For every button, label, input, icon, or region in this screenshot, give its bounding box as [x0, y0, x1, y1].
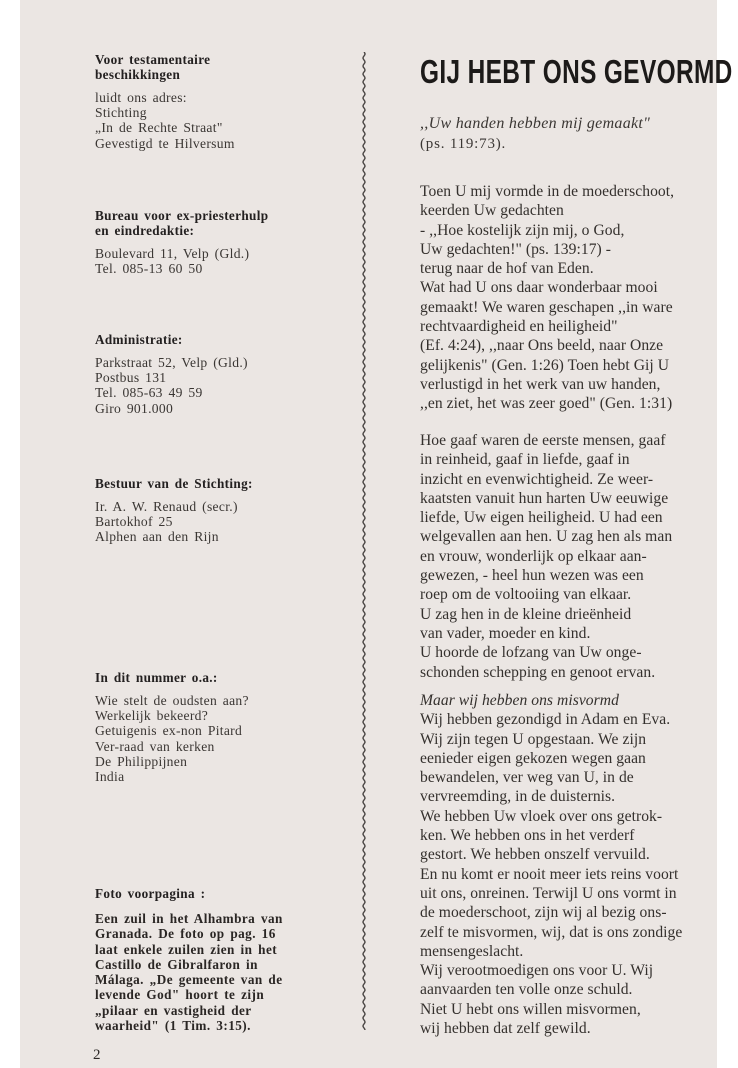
section-testament: Voor testamentaire beschikkingen luidt o… — [95, 52, 357, 151]
text-line: Wij verootmoedigen ons voor U. Wij — [420, 961, 682, 980]
epigraph-quote: ,,Uw handen hebben mij gemaakt" — [420, 114, 650, 134]
text-line: aanvaarden ten volle onze schuld. — [420, 980, 682, 999]
text-line: terug naar de hof van Eden. — [420, 259, 674, 278]
text-line: wij hebben dat zelf gewild. — [420, 1019, 682, 1038]
paragraph-1: Toen U mij vormde in de moederschoot,kee… — [420, 182, 674, 414]
text-line: uit ons, onreinen. Terwijl U ons vormt i… — [420, 884, 682, 903]
text-line: rechtvaardigheid en heiligheid" — [420, 317, 674, 336]
text-line: (Ef. 4:24), ,,naar Ons beeld, naar Onze — [420, 336, 674, 355]
text-line: liefde, Uw eigen heiligheid. U had een — [420, 508, 672, 527]
paragraph-3: Maar wij hebben ons misvormdWij hebben g… — [420, 691, 682, 1038]
text-line: U hoorde de lofzang van Uw onge- — [420, 643, 672, 662]
text-line: gestort. We hebben onszelf vervuild. — [420, 845, 682, 864]
text-line: Niet U hebt ons willen misvormen, — [420, 1000, 682, 1019]
text-line: en vrouw, wonderlijk op elkaar aan- — [420, 547, 672, 566]
text-line: schonden schepping en genoot ervan. — [420, 663, 672, 682]
section-heading: Administratie: — [95, 332, 357, 347]
text-line: U zag hen in de kleine drieënheid — [420, 605, 672, 624]
text-line: in reinheid, gaaf in liefde, gaaf in — [420, 450, 672, 469]
text-line: ,,en ziet, het was zeer goed" (Gen. 1:31… — [420, 394, 674, 413]
text-line: van vader, moeder en kind. — [420, 624, 672, 643]
epigraph-reference: (ps. 119:73). — [420, 134, 650, 154]
text-line: gelijkenis" (Gen. 1:26) Toen hebt Gij U — [420, 356, 674, 375]
magazine-page: Voor testamentaire beschikkingen luidt o… — [20, 0, 717, 1068]
text-line: We hebben Uw vloek over ons getrok- — [420, 807, 682, 826]
text-line: Uw gedachten!" (ps. 139:17) - — [420, 240, 674, 259]
text-line: - ,,Hoe kostelijk zijn mij, o God, — [420, 221, 674, 240]
section-heading: Bestuur van de Stichting: — [95, 476, 357, 491]
section-heading: Foto voorpagina : — [95, 886, 357, 901]
text-line: ken. We hebben ons in het verderf — [420, 826, 682, 845]
text-line: gewezen, - heel hun wezen was een — [420, 566, 672, 585]
epigraph: ,,Uw handen hebben mij gemaakt" (ps. 119… — [420, 114, 650, 154]
paragraph-subheading: Maar wij hebben ons misvormd — [420, 691, 682, 710]
section-heading: In dit nummer o.a.: — [95, 670, 357, 685]
text-line: roep om de voltooiing van elkaar. — [420, 585, 672, 604]
text-line: Toen U mij vormde in de moederschoot, — [420, 182, 674, 201]
text-line: bewandelen, ver weg van U, in de — [420, 768, 682, 787]
text-line: de moederschoot, zijn wij al bezig ons- — [420, 903, 682, 922]
text-line: vervreemding, in de duisternis. — [420, 787, 682, 806]
text-line: Wij zijn tegen U opgestaan. We zijn — [420, 730, 682, 749]
section-heading: Bureau voor ex-priesterhulp en eindredak… — [95, 208, 357, 238]
article-title: GIJ HEBT ONS GEVORMD — [420, 53, 733, 91]
text-line: inzicht en evenwichtigheid. Ze weer- — [420, 470, 672, 489]
text-line: Wij hebben gezondigd in Adam en Eva. — [420, 710, 682, 729]
text-line: kaatsten vanuit hun harten Uw eeuwige — [420, 489, 672, 508]
section-heading: Voor testamentaire beschikkingen — [95, 52, 357, 82]
text-line: mensengeslacht. — [420, 942, 682, 961]
text-line: Hoe gaaf waren de eerste mensen, gaaf — [420, 431, 672, 450]
section-foto-voorpagina: Foto voorpagina : Een zuil in het Alhamb… — [95, 886, 357, 1033]
paragraph-2: Hoe gaaf waren de eerste mensen, gaafin … — [420, 431, 672, 682]
page-number: 2 — [93, 1047, 101, 1064]
section-in-dit-nummer: In dit nummer o.a.: Wie stelt de oudsten… — [95, 670, 357, 784]
text-line: verlustigd in het werk van uw handen, — [420, 375, 674, 394]
text-line: keerden Uw gedachten — [420, 201, 674, 220]
text-line: zelf te misvormen, wij, dat is ons zondi… — [420, 923, 682, 942]
text-line: En nu komt er nooit meer iets reins voor… — [420, 865, 682, 884]
text-line: welgevallen aan hen. U zag hen als man — [420, 527, 672, 546]
section-bestuur: Bestuur van de Stichting: Ir. A. W. Rena… — [95, 476, 357, 545]
column-divider — [360, 52, 368, 1030]
section-bureau: Bureau voor ex-priesterhulp en eindredak… — [95, 208, 357, 276]
section-administratie: Administratie: Parkstraat 52, Velp (Gld.… — [95, 332, 357, 416]
text-line: gemaakt! We waren geschapen ,,in ware — [420, 298, 674, 317]
text-line: Wat had U ons daar wonderbaar mooi — [420, 278, 674, 297]
text-line: eenieder eigen gekozen wegen gaan — [420, 749, 682, 768]
